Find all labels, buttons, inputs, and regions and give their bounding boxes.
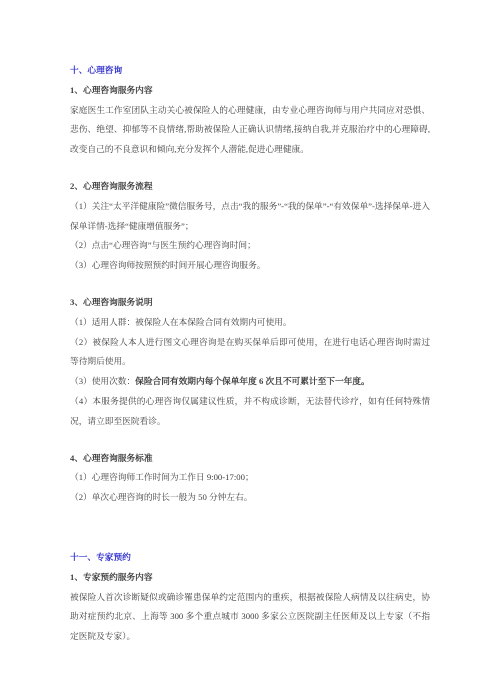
subsection-heading: 3、心理咨询服务说明 xyxy=(70,293,430,313)
text-run: （3）使用次数： xyxy=(70,376,135,386)
paragraph: （3）使用次数：保险合同有效期内每个保单年度 6 次且不可累计至下一年度。 xyxy=(70,372,430,392)
text-run: 4、心理咨询服务标准 xyxy=(70,453,153,463)
text-run: 3、心理咨询服务说明 xyxy=(70,297,153,307)
text-run: （1）适用人群：被保险人在本保险合同有效期内可使用。 xyxy=(70,317,292,327)
text-run: （2）单次心理咨询的时长一般为 50 分钟左右。 xyxy=(70,492,252,502)
paragraph: （1）适用人群：被保险人在本保险合同有效期内可使用。 xyxy=(70,313,430,333)
text-run: （3）心理咨询师按照预约时间开展心理咨询服务。 xyxy=(70,260,265,270)
paragraph: 家庭医生工作室团队主动关心被保险人的心理健康，由专业心理咨询师与用户共同应对恐惧… xyxy=(70,101,430,160)
document-section: 十、心理咨询1、心理咨询服务内容家庭医生工作室团队主动关心被保险人的心理健康，由… xyxy=(70,61,430,508)
section-heading: 十、心理咨询 xyxy=(70,61,430,81)
paragraph: （1）心理咨询师工作时间为工作日 9:00-17:00； xyxy=(70,468,430,488)
paragraph: （1）关注“太平洋健康险”微信服务号，点击“我的服务”-“我的保单”-“有效保单… xyxy=(70,197,430,237)
text-run: （1）关注“太平洋健康险”微信服务号，点击“我的服务”-“我的保单”-“有效保单… xyxy=(70,201,430,231)
subsection-heading: 1、心理咨询服务内容 xyxy=(70,81,430,101)
text-run: （4）本服务提供的心理咨询仅属建议性质，并不构成诊断，无法替代诊疗，如有任何特殊… xyxy=(70,396,430,426)
subsection-heading: 1、专家预约服务内容 xyxy=(70,568,430,588)
paragraph: （2）点击“心理咨询”与医生预约心理咨询时间； xyxy=(70,236,430,256)
text-run: 1、心理咨询服务内容 xyxy=(70,85,153,95)
paragraph: （2）单次心理咨询的时长一般为 50 分钟左右。 xyxy=(70,488,430,508)
text-run: 被保险人首次诊断疑似或确诊罹患保单约定范围内的重疾，根据被保险人病情及以往病史，… xyxy=(70,592,430,642)
text-run: （2）点击“心理咨询”与医生预约心理咨询时间； xyxy=(70,240,256,250)
text-run: （1）心理咨询师工作时间为工作日 9:00-17:00； xyxy=(70,472,254,482)
text-run: 家庭医生工作室团队主动关心被保险人的心理健康，由专业心理咨询师与用户共同应对恐惧… xyxy=(70,105,430,155)
section-heading: 十一、专家预约 xyxy=(70,548,430,568)
text-run: 2、心理咨询服务流程 xyxy=(70,181,153,191)
paragraph: （3）心理咨询师按照预约时间开展心理咨询服务。 xyxy=(70,256,430,276)
text-run: 1、专家预约服务内容 xyxy=(70,572,153,582)
document-section: 十一、专家预约1、专家预约服务内容被保险人首次诊断疑似或确诊罹患保单约定范围内的… xyxy=(70,548,430,647)
document-page: 十、心理咨询1、心理咨询服务内容家庭医生工作室团队主动关心被保险人的心理健康，由… xyxy=(0,0,495,700)
paragraph: （4）本服务提供的心理咨询仅属建议性质，并不构成诊断，无法替代诊疗，如有任何特殊… xyxy=(70,392,430,432)
subsection-heading: 4、心理咨询服务标准 xyxy=(70,449,430,469)
subsection-heading: 2、心理咨询服务流程 xyxy=(70,177,430,197)
text-run: （2）被保险人本人进行图文心理咨询是在购买保单后即可使用，在进行电话心理咨询时需… xyxy=(70,337,430,367)
document-content: 十、心理咨询1、心理咨询服务内容家庭医生工作室团队主动关心被保险人的心理健康，由… xyxy=(70,0,430,647)
bold-text-run: 保险合同有效期内每个保单年度 6 次且不可累计至下一年度。 xyxy=(135,376,370,386)
paragraph: （2）被保险人本人进行图文心理咨询是在购买保单后即可使用，在进行电话心理咨询时需… xyxy=(70,333,430,373)
paragraph: 被保险人首次诊断疑似或确诊罹患保单约定范围内的重疾，根据被保险人病情及以往病史，… xyxy=(70,588,430,647)
